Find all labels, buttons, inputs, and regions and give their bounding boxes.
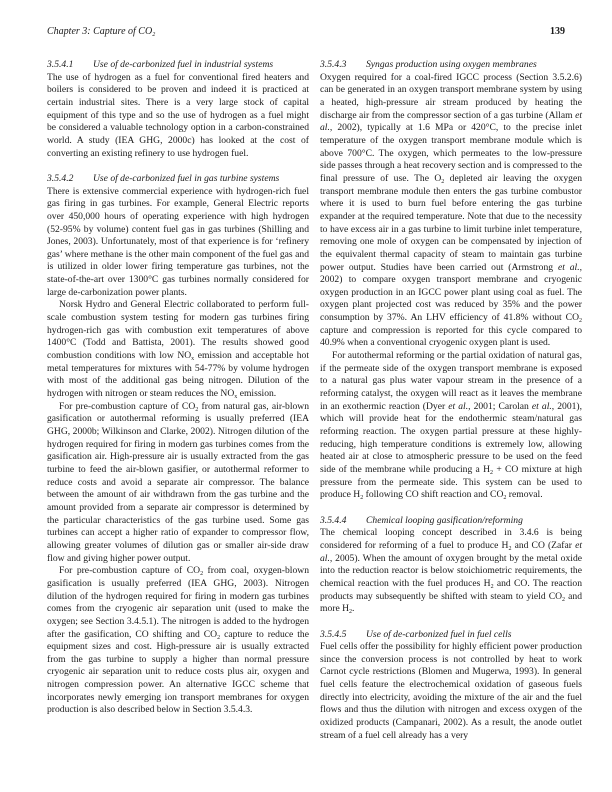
paragraph: There is extensive commercial experience… [47, 186, 309, 300]
section-title: Syngas production using oxygen membranes [366, 59, 537, 70]
section-number: 3.5.4.2 [47, 173, 93, 186]
paragraph: For pre-combustion capture of CO2 from c… [47, 565, 309, 717]
section-number: 3.5.4.1 [47, 59, 93, 72]
text: capture to reduce the equipment sizes an… [47, 629, 309, 716]
chapter-title: Chapter 3: Capture of CO2 [47, 26, 155, 37]
paragraph: Norsk Hydro and General Electric collabo… [47, 299, 309, 400]
section-heading-3-5-4-3: 3.5.4.3Syngas production using oxygen me… [320, 59, 582, 72]
section-heading-3-5-4-1: 3.5.4.1Use of de-carbonized fuel in indu… [47, 59, 309, 72]
section-number: 3.5.4.4 [320, 515, 366, 528]
section-title: Use of de-carbonized fuel in industrial … [93, 59, 273, 70]
right-column: 3.5.4.3Syngas production using oxygen me… [320, 59, 582, 742]
text: and CO (Zafar [511, 540, 575, 551]
section-heading-3-5-4-5: 3.5.4.5Use of de-carbonized fuel in fuel… [320, 629, 582, 642]
running-header: Chapter 3: Capture of CO2 139 [47, 26, 565, 40]
paragraph: The use of hydrogen as a fuel for conven… [47, 72, 309, 161]
page-number: 139 [550, 26, 565, 37]
chapter-title-text: Chapter 3: Capture of CO [47, 26, 152, 37]
text: from natural gas, air-blown gasification… [47, 401, 309, 564]
paragraph: Fuel cells offer the possibility for hig… [320, 641, 582, 742]
paragraph: For pre-combustion capture of CO2 from n… [47, 401, 309, 566]
subscript: 2 [579, 318, 582, 324]
paragraph: The chemical looping concept described i… [320, 527, 582, 616]
chapter-title-subscript: 2 [152, 32, 155, 38]
section-title: Use of de-carbonized fuel in gas turbine… [93, 173, 279, 184]
left-column: 3.5.4.1Use of de-carbonized fuel in indu… [47, 59, 309, 717]
text: depleted air leaving the oxygen transpor… [320, 173, 582, 273]
text: following CO shift reaction and CO [363, 489, 503, 500]
text: Oxygen required for a coal-fired IGCC pr… [320, 72, 582, 121]
et-al: et al. [448, 401, 468, 412]
text: For pre-combustion capture of CO [59, 565, 200, 576]
paragraph: Oxygen required for a coal-fired IGCC pr… [320, 72, 582, 350]
section-title: Use of de-carbonized fuel in fuel cells [366, 629, 511, 640]
et-al: et al. [558, 262, 580, 273]
section-title: Chemical looping gasification/reforming [366, 515, 523, 526]
section-number: 3.5.4.5 [320, 629, 366, 642]
text: capture and compression is reported for … [320, 325, 582, 349]
section-number: 3.5.4.3 [320, 59, 366, 72]
text: , 2001; Carolan [468, 401, 532, 412]
section-heading-3-5-4-2: 3.5.4.2Use of de-carbonized fuel in gas … [47, 173, 309, 186]
text: removal. [506, 489, 542, 500]
paragraph: For autothermal reforming or the partial… [320, 350, 582, 502]
text: emission. [237, 388, 276, 399]
et-al: et al. [532, 401, 552, 412]
text: . [352, 603, 354, 614]
section-heading-3-5-4-4: 3.5.4.4Chemical looping gasification/ref… [320, 515, 582, 528]
text: For pre-combustion capture of CO [59, 401, 195, 412]
